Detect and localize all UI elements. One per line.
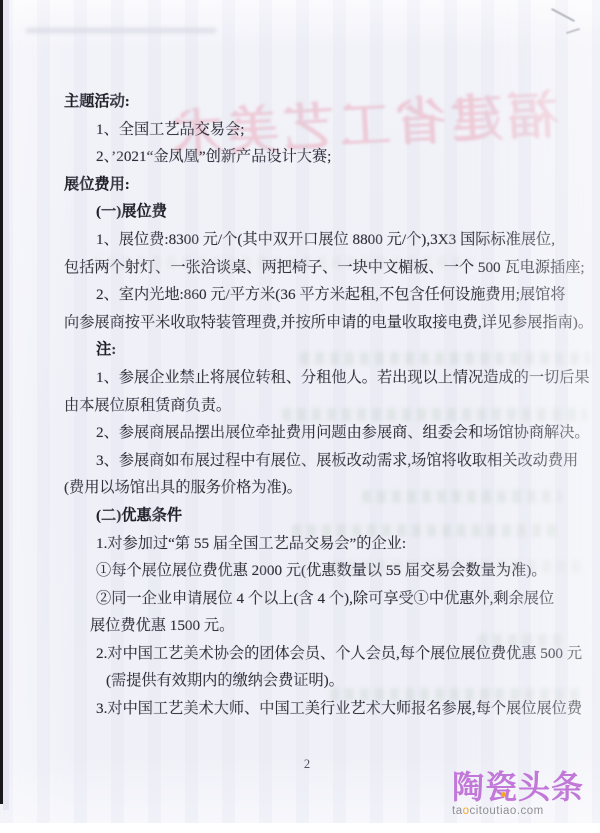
document-line: 1.对参加过“第 55 届全国工艺品交易会”的企业: [64,530,572,558]
page-number: 2 [304,757,310,772]
scratch-mark [566,28,580,34]
scan-bottom-margin [0,823,600,833]
document-line: (需提供有效期内的缴纳会费证明)。 [64,667,572,695]
document-line: (一)展位费 [64,198,572,226]
document-line: ①每个展位展位费优惠 2000 元(优惠数量以 55 届交易会数量为准)。 [64,557,572,585]
document-line: 2、’2021“金凤凰”创新产品设计大赛; [64,143,572,171]
scanned-document-screen: 福建省工艺美术 主题活动:1、全国工艺品交易会;2、’2021“金凤凰”创新产品… [0,0,600,833]
document-line: 由本展位原租赁商负责。 [64,392,572,420]
scan-smudge [26,28,216,33]
document-line: 1、展位费:8300 元/个(其中双开口展位 8800 元/个),3X3 国际标… [64,226,572,254]
scan-left-edge [0,0,3,804]
scan-left-shade [3,0,9,810]
document-line: 展位费用: [64,171,572,199]
document-line: 1、全国工艺品交易会; [64,116,572,144]
watermark: 陶瓷头条 taocitoutiao.com [452,770,592,822]
watermark-accent-dot [501,792,506,797]
watermark-domain-suffix: citoutiao.com [470,805,544,817]
document-line: 1、参展企业禁止将展位转租、分租他人。若出现以上情况造成的一切后果 [64,364,572,392]
document-line: 3、参展商如布展过程中有展位、展板改动需求,场馆将收取相关改动费用 [64,447,572,475]
watermark-domain: taocitoutiao.com [452,804,592,818]
document-line: (费用以场馆出具的服务价格为准)。 [64,474,572,502]
watermark-domain-prefix: ta [452,805,463,817]
document-body: 主题活动:1、全国工艺品交易会;2、’2021“金凤凰”创新产品设计大赛;展位费… [64,88,572,723]
document-line: 2、室内光地:860 元/平方米(36 平方米起租,不包含任何设施费用;展馆将 [64,281,572,309]
scratch-mark [551,8,575,22]
document-line: 主题活动: [64,88,572,116]
scan-page: 福建省工艺美术 主题活动:1、全国工艺品交易会;2、’2021“金凤凰”创新产品… [0,0,600,823]
document-line: ②同一企业申请展位 4 个以上(含 4 个),除可享受①中优惠外,剩余展位 [64,585,572,613]
document-line: 2、参展商展品摆出展位牵扯费用问题由参展商、组委会和场馆协商解决。 [64,419,572,447]
document-line: 注: [64,336,572,364]
document-line: 包括两个射灯、一张洽谈桌、两把椅子、一块中文楣板、一个 500 瓦电源插座; [64,254,572,282]
watermark-brand-logo: 陶瓷头条 [452,770,592,804]
document-line: 3.对中国工艺美术大师、中国工美行业艺术大师报名参展,每个展位展位费 [64,695,572,723]
document-line: 展位费优惠 1500 元。 [64,612,572,640]
watermark-domain-accent: o [463,805,470,817]
document-line: (二)优惠条件 [64,502,572,530]
document-line: 2.对中国工艺美术协会的团体会员、个人会员,每个展位展位费优惠 500 元 [64,640,572,668]
document-line: 向参展商按平米收取特装管理费,并按所申请的电量收取接电费,详见参展指南)。 [64,309,572,337]
